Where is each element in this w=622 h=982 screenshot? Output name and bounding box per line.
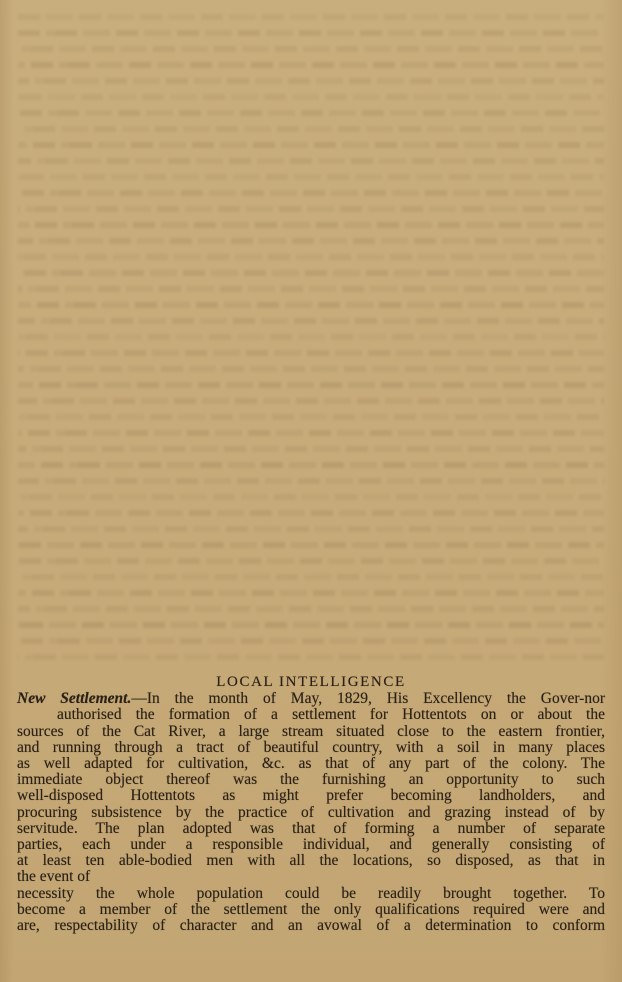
bleed-through-line (18, 318, 604, 324)
bleed-through-line (18, 414, 604, 420)
article-line: servitude. The plan adopted was that of … (17, 821, 605, 837)
article-line: the event of (17, 869, 605, 885)
article-line: and running through a tract of beautiful… (17, 740, 605, 756)
bleed-through-line (18, 334, 604, 340)
bleed-through-line (18, 478, 604, 484)
bleed-through-line (18, 654, 604, 660)
bleed-through-line (18, 286, 604, 292)
section-heading: LOCAL INTELLIGENCE (17, 674, 605, 690)
bleed-through-line (18, 222, 604, 228)
bleed-through-line (18, 350, 604, 356)
bleed-through-line (18, 526, 604, 532)
bleed-through-line (18, 606, 604, 612)
scanned-page: LOCAL INTELLIGENCE New Settlement.—In th… (0, 0, 622, 982)
article-line: immediate object thereof was the furnish… (17, 772, 605, 788)
bleed-through-line (18, 430, 604, 436)
article-line: authorised the formation of a settlement… (17, 707, 605, 723)
article-line: well-disposed Hottentots as might prefer… (17, 788, 605, 804)
article-line: as well adapted for cultivation, &c. as … (17, 756, 605, 772)
bleed-through-line (18, 510, 604, 516)
article-line: parties, each under a responsible indivi… (17, 837, 605, 853)
bleed-through-line (18, 638, 604, 644)
bleed-through-line (18, 542, 604, 548)
article-line: at least ten able-bodied men with all th… (17, 853, 605, 869)
article-local-intelligence: LOCAL INTELLIGENCE New Settlement.—In th… (17, 674, 605, 934)
article-line: New Settlement.—In the month of May, 182… (17, 691, 605, 707)
bleed-through-line (18, 78, 604, 84)
bleed-through-line (18, 494, 604, 500)
bleed-through-line (18, 398, 604, 404)
bleed-through-line (18, 206, 604, 212)
bleed-through-line (18, 270, 604, 276)
article-line: become a member of the settlement the on… (17, 902, 605, 918)
bleed-through-line (18, 190, 604, 196)
article-line: necessity the whole population could be … (17, 886, 605, 902)
bleed-through-line (18, 366, 604, 372)
bleed-through-line (18, 110, 604, 116)
bleed-through-line (18, 302, 604, 308)
bleed-through-line (18, 254, 604, 260)
bleed-through-line (18, 158, 604, 164)
bleed-through-line (18, 574, 604, 580)
article-line: procuring subsistence by the practice of… (17, 805, 605, 821)
bleed-through-line (18, 622, 604, 628)
bleed-through-line (18, 238, 604, 244)
bleed-through-line (18, 126, 604, 132)
bleed-through-line (18, 174, 604, 180)
bleed-through-line (18, 142, 604, 148)
bleed-through-line (18, 462, 604, 468)
bleed-through-line (18, 30, 604, 36)
bleed-through-line (18, 62, 604, 68)
article-line: sources of the Cat River, a large stream… (17, 724, 605, 740)
bleed-through-line (18, 590, 604, 596)
bleed-through-line (18, 382, 604, 388)
lead-in-title: New Settlement. (17, 690, 131, 707)
bleed-through-line (18, 46, 604, 52)
bleed-through-line (18, 446, 604, 452)
article-line: are, respectability of character and an … (17, 918, 605, 934)
bleed-through-line (18, 94, 604, 100)
bleed-through-line (18, 558, 604, 564)
bleed-through-line (18, 14, 604, 20)
